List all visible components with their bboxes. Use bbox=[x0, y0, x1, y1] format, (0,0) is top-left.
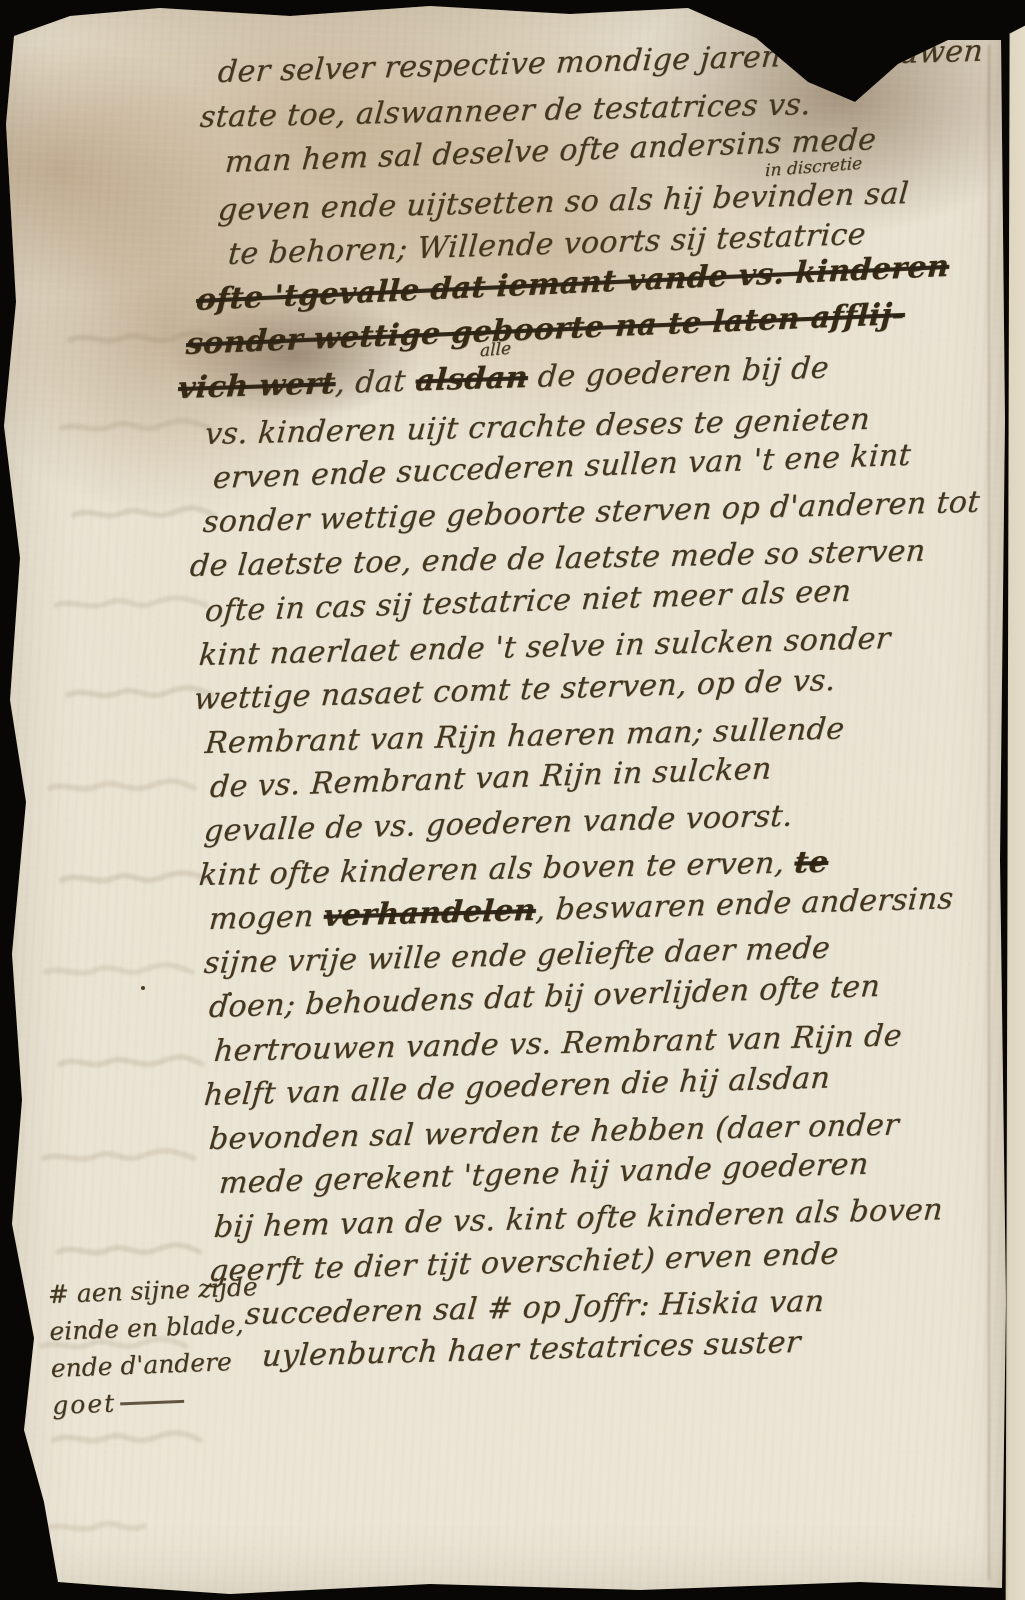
manuscript-line: wettige nasaet comt te sterven, op de vs… bbox=[193, 666, 837, 715]
manuscript-line: ofte in cas sij testatrice niet meer als… bbox=[204, 577, 852, 627]
text-segment: de goederen bij de bbox=[527, 350, 831, 395]
manuscript-line: succederen sal # op Joffr: Hiskia van bbox=[244, 1287, 826, 1330]
text-segment: uylenburch haer testatrices suster bbox=[261, 1325, 802, 1374]
text-segment: ofte in cas sij testatrice niet meer als… bbox=[204, 574, 853, 629]
manuscript-line: vich wert, dat alsdan de goederen bij de… bbox=[177, 354, 830, 405]
text-segment: der selver respective mondige jaren ofte… bbox=[217, 34, 985, 90]
manuscript-line: uylenburch haer testatrices suster bbox=[261, 1328, 802, 1372]
manuscript-scan: der selver respective mondige jaren ofte… bbox=[0, 0, 1025, 1600]
text-segment: gevalle de vs. goederen vande voorst. bbox=[203, 799, 795, 850]
manuscript-line: gevalle de vs. goederen vande voorst. bbox=[203, 802, 794, 847]
manuscript-line: helft van alle de goederen die hij alsda… bbox=[203, 1063, 831, 1111]
text-segment: , dat bbox=[334, 363, 417, 401]
adjacent-page-edge bbox=[1003, 0, 1025, 1600]
manuscript-line: sijne vrije wille ende geliefte daer med… bbox=[203, 934, 832, 979]
interlinear-insertion: in discretie bbox=[765, 156, 863, 180]
struck-text: verhandelen bbox=[322, 893, 537, 934]
struck-text: vich wert bbox=[177, 366, 337, 406]
ink-dot bbox=[228, 992, 232, 996]
manuscript-line: mogen verhandelen, beswaren ende andersi… bbox=[208, 884, 955, 935]
struck-text: alsdan bbox=[414, 360, 529, 399]
manuscript-line: mede gerekent 'tgene hij vande goederen bbox=[218, 1150, 870, 1199]
text-segment: geerft te dier tijt overschiet) erven en… bbox=[208, 1236, 840, 1289]
text-segment: kint ofte kinderen als boven te erven, bbox=[198, 845, 796, 893]
struck-text: te bbox=[793, 845, 830, 881]
text-segment: wettige nasaet comt te sterven, op de vs… bbox=[193, 663, 837, 717]
text-segment: mogen bbox=[208, 899, 325, 937]
manuscript-line: state toe, alswanneer de testatrices vs. bbox=[199, 90, 812, 133]
manuscript-line: de vs. Rembrant van Rijn in sulcken bbox=[209, 754, 773, 803]
text-segment: succederen sal # op Joffr: Hiskia van bbox=[244, 1284, 826, 1332]
manuscript-line: hertrouwen vande vs. Rembrant van Rijn d… bbox=[213, 1021, 903, 1067]
manuscript-line: der selver respective mondige jaren ofte… bbox=[217, 37, 984, 88]
text-segment: sonder wettige geboorte sterven op d'and… bbox=[202, 485, 982, 540]
text-segment: helft van alle de goederen die hij alsda… bbox=[203, 1060, 832, 1113]
manuscript-line: sonder wettige geboorte sterven op d'and… bbox=[202, 488, 981, 538]
ink-dot bbox=[141, 986, 145, 990]
marginal-note: # aen sijne zijde einde en blade, ende d… bbox=[47, 1268, 262, 1424]
manuscript-page: der selver respective mondige jaren ofte… bbox=[0, 0, 1025, 1600]
text-segment: , beswaren ende andersins bbox=[534, 881, 954, 928]
interlinear-insertion: alle bbox=[480, 341, 512, 361]
manuscript-line: doen; behoudens dat bij overlijden ofte … bbox=[208, 972, 881, 1023]
manuscript-line: geerft te dier tijt overschiet) erven en… bbox=[208, 1239, 840, 1287]
manuscript-line: kint ofte kinderen als boven te erven, t… bbox=[198, 848, 830, 891]
text-segment: de vs. Rembrant van Rijn in sulcken bbox=[209, 751, 773, 805]
text-segment: mede gerekent 'tgene hij vande goederen bbox=[218, 1147, 870, 1201]
